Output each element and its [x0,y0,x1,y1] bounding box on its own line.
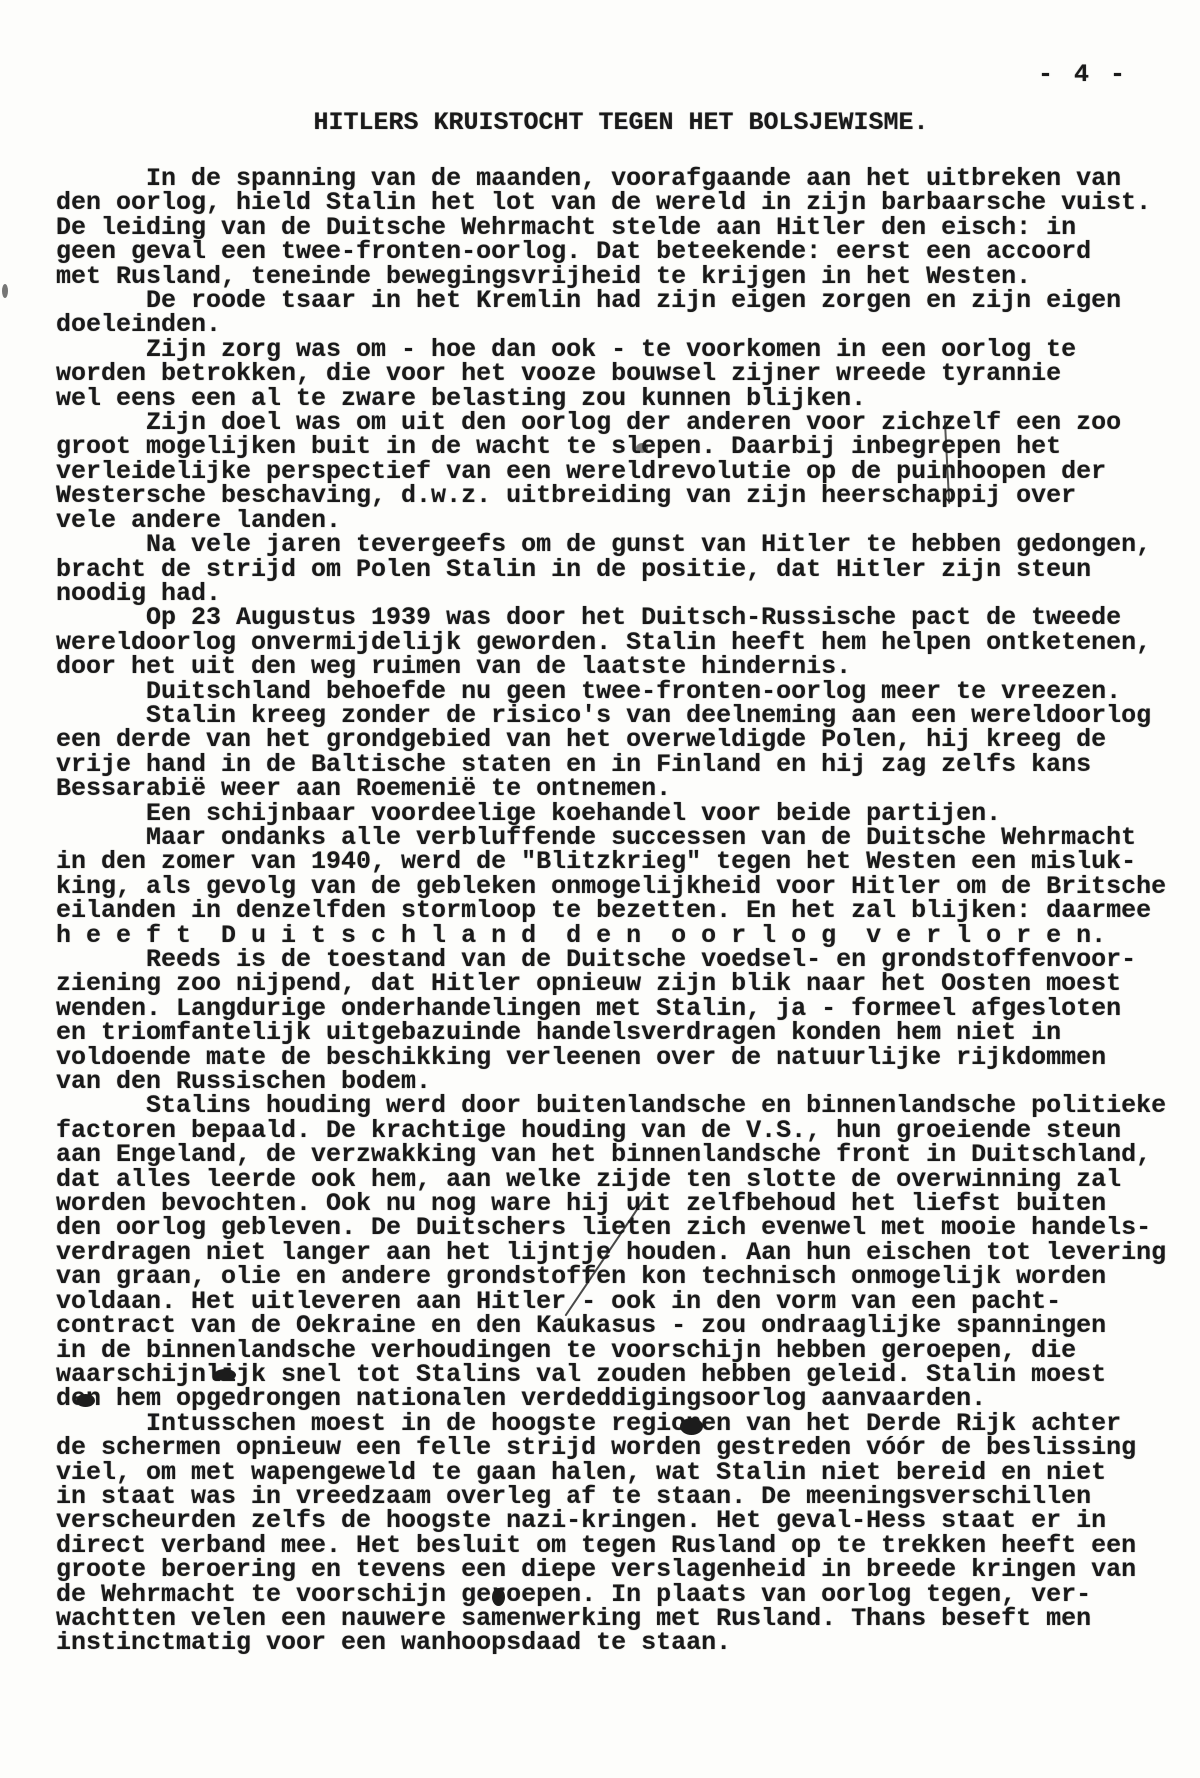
ink-blot [492,1588,505,1606]
ink-blot [214,1369,236,1381]
ink-blot [680,1418,703,1435]
paragraph-11: Reeds is de toestand van de Duitsche voe… [56,948,1196,1094]
paragraph-10: Maar ondanks alle verbluffende successen… [56,826,1196,948]
ink-blot [76,1394,95,1407]
scanned-document-page: - 4 - HITLERS KRUISTOCHT TEGEN HET BOLSJ… [0,0,1200,1778]
ink-blot [636,443,648,453]
paragraph-4: Zijn doel was om uit den oorlog der ande… [56,411,1196,533]
paragraph-6: Op 23 Augustus 1939 was door het Duitsch… [56,606,1196,679]
paragraph-8: Stalin kreeg zonder de risico's van deel… [56,704,1196,802]
document-body: In de spanning van de maanden, voorafgaa… [56,167,1196,1656]
document-title: HITLERS KRUISTOCHT TEGEN HET BOLSJEWISME… [56,110,1186,135]
paragraph-1: In de spanning van de maanden, voorafgaa… [56,167,1196,289]
paragraph-5: Na vele jaren tevergeefs om de gunst van… [56,533,1196,606]
scan-edge-mark [2,284,8,298]
paragraph-2: De roode tsaar in het Kremlin had zijn e… [56,289,1196,338]
paragraph-3: Zijn zorg was om - hoe dan ook - te voor… [56,338,1196,411]
paragraph-12: Stalins houding werd door buitenlandsche… [56,1094,1196,1411]
paragraph-13: Intusschen moest in de hoogste regionen … [56,1412,1196,1656]
page-number: - 4 - [1038,62,1128,87]
